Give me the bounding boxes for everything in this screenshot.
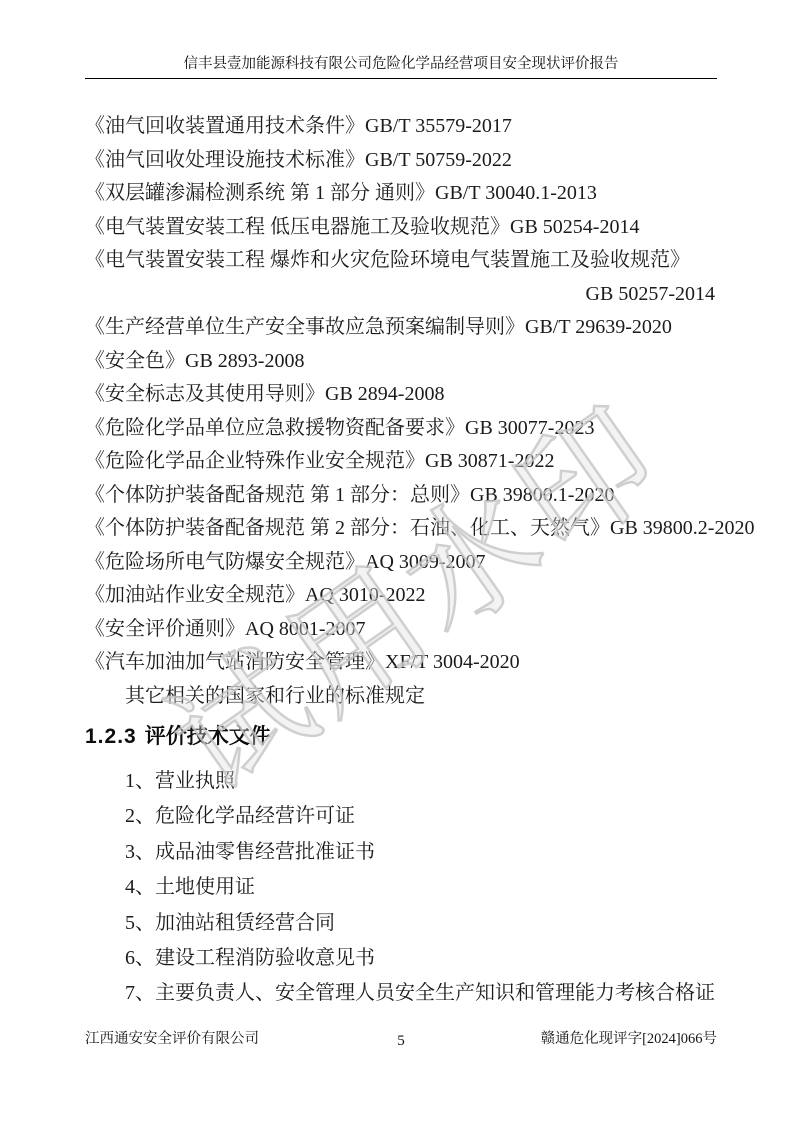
standard-line: 《危险场所电气防爆安全规范》AQ 3009-2007 [85,546,715,580]
document-item: 4、土地使用证 [85,870,715,905]
page-content: 《油气回收装置通用技术条件》GB/T 35579-2017 《油气回收处理设施技… [85,110,715,1012]
standard-line: 《安全标志及其使用导则》GB 2894-2008 [85,378,715,412]
document-list: 1、营业执照 2、危险化学品经营许可证 3、成品油零售经营批准证书 4、土地使用… [85,764,715,1012]
standard-line-continued: GB 50257-2014 [85,278,715,312]
document-item: 5、加油站租赁经营合同 [85,906,715,941]
standard-line: 《个体防护装备配备规范 第 1 部分：总则》GB 39800.1-2020 [85,479,715,513]
standard-line: 《生产经营单位生产安全事故应急预案编制导则》GB/T 29639-2020 [85,311,715,345]
document-item: 2、危险化学品经营许可证 [85,799,715,834]
standard-line: 《电气装置安装工程 爆炸和火灾危险环境电气装置施工及验收规范》 [85,244,715,278]
page-header: 信丰县壹加能源科技有限公司危险化学品经营项目安全现状评价报告 [85,50,717,79]
standard-line: 《加油站作业安全规范》AQ 3010-2022 [85,579,715,613]
document-item: 1、营业执照 [85,764,715,799]
standard-line: 《油气回收处理设施技术标准》GB/T 50759-2022 [85,144,715,178]
standard-line: 《个体防护装备配备规范 第 2 部分：石油、化工、天然气》GB 39800.2-… [85,512,715,546]
standard-line: 《汽车加油加气站消防安全管理》XF/T 3004-2020 [85,646,715,680]
document-item: 3、成品油零售经营批准证书 [85,835,715,870]
standard-line: 《油气回收装置通用技术条件》GB/T 35579-2017 [85,110,715,144]
section-number: 1.2.3 [85,725,137,748]
standard-line: 《安全评价通则》AQ 8001-2007 [85,613,715,647]
standard-line: 《危险化学品企业特殊作业安全规范》GB 30871-2022 [85,445,715,479]
standard-line: 《危险化学品单位应急救援物资配备要求》GB 30077-2023 [85,412,715,446]
standard-line: 《电气装置安装工程 低压电器施工及验收规范》GB 50254-2014 [85,211,715,245]
report-title: 信丰县壹加能源科技有限公司危险化学品经营项目安全现状评价报告 [184,56,619,72]
standard-line: 《安全色》GB 2893-2008 [85,345,715,379]
page-footer: 江西通安安全评价有限公司 5 赣通危化现评字[2024]066号 [85,1026,717,1052]
section-heading: 1.2.3评价技术文件 [85,717,715,757]
document-page: 信丰县壹加能源科技有限公司危险化学品经营项目安全现状评价报告 试用水印 《油气回… [0,0,793,1122]
section-title: 评价技术文件 [145,725,271,748]
footer-doc-number: 赣通危化现评字[2024]066号 [541,1026,717,1052]
standard-line-other: 其它相关的国家和行业的标准规定 [85,680,715,714]
standard-line: 《双层罐渗漏检测系统 第 1 部分 通则》GB/T 30040.1-2013 [85,177,715,211]
document-item: 6、建设工程消防验收意见书 [85,941,715,976]
document-item: 7、主要负责人、安全管理人员安全生产知识和管理能力考核合格证 [85,976,715,1011]
